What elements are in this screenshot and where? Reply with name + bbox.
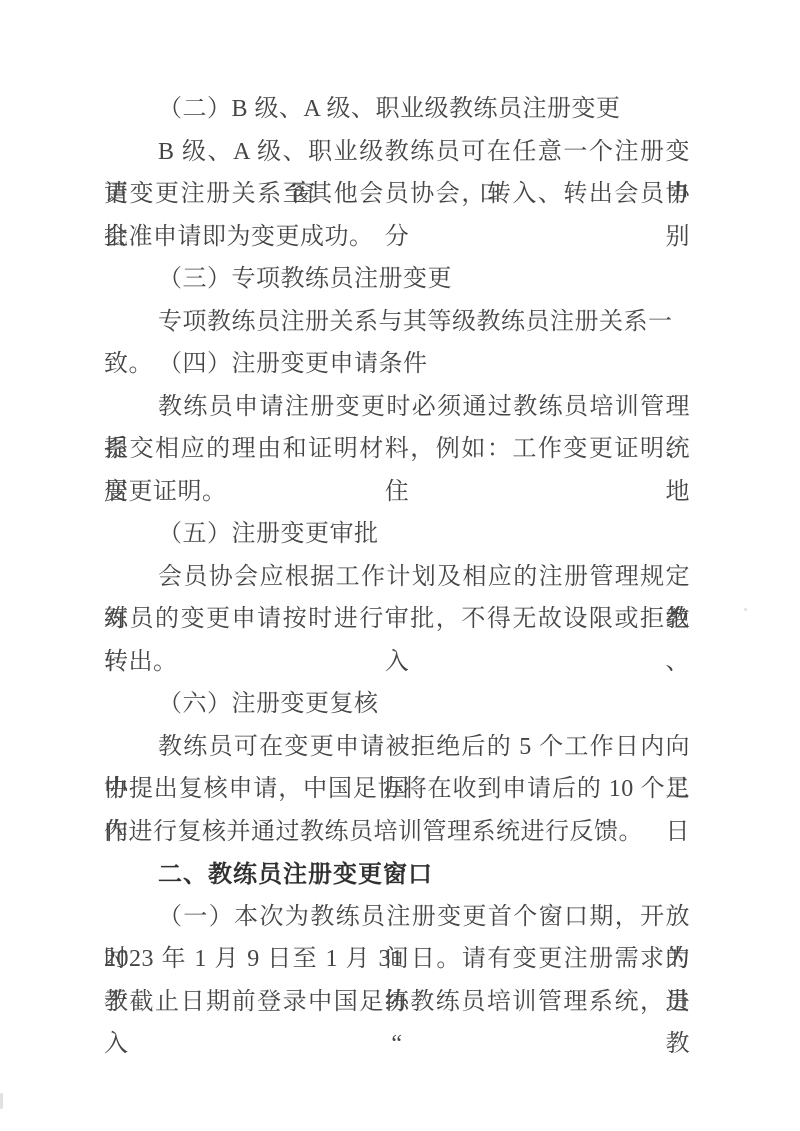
text-line: 会员协会应根据工作计划及相应的注册管理规定对教 <box>104 556 690 599</box>
text-line: （五）注册变更审批 <box>104 513 690 556</box>
text-line: 2023 年 1 月 9 日至 1 月 31 日。请有变更注册需求的教练员 <box>104 938 690 981</box>
text-line: （三）专项教练员注册变更 <box>104 258 690 301</box>
document-page: （二）B 级、A 级、职业级教练员注册变更B 级、A 级、职业级教练员可在任意一… <box>0 0 800 1131</box>
text-line: 专项教练员注册关系与其等级教练员注册关系一致。 <box>104 301 690 344</box>
text-line: （二）B 级、A 级、职业级教练员注册变更 <box>104 88 690 131</box>
scan-speck <box>0 1093 3 1109</box>
text-line: B 级、A 级、职业级教练员可在任意一个注册变更窗口申 <box>104 131 690 174</box>
text-line: 协提出复核申请，中国足协将在收到申请后的 10 个工作日 <box>104 768 690 811</box>
text-line: 练员的变更申请按时进行审批，不得无故设限或拒绝转入、 <box>104 598 690 641</box>
text-line: 提交相应的理由和证明材料，例如：工作变更证明、居住地 <box>104 428 690 471</box>
text-line: 内进行复核并通过教练员培训管理系统进行反馈。 <box>104 811 690 854</box>
text-line: 教练员申请注册变更时必须通过教练员培训管理系统 <box>104 386 690 429</box>
text-line: （六）注册变更复核 <box>104 683 690 726</box>
scan-speck <box>744 608 747 611</box>
text-line: （四）注册变更申请条件 <box>104 343 690 386</box>
text-line: 教练员可在变更申请被拒绝后的 5 个工作日内向中国足 <box>104 726 690 769</box>
document-body: （二）B 级、A 级、职业级教练员注册变更B 级、A 级、职业级教练员可在任意一… <box>104 88 690 1023</box>
text-line: 请变更注册关系至其他会员协会，转入、转出会员协会分别 <box>104 173 690 216</box>
text-line: 于截止日期前登录中国足协教练员培训管理系统，进入“教 <box>104 981 690 1024</box>
text-line: （一）本次为教练员注册变更首个窗口期，开放时间为 <box>104 896 690 939</box>
section-heading-line: 二、教练员注册变更窗口 <box>104 853 690 896</box>
